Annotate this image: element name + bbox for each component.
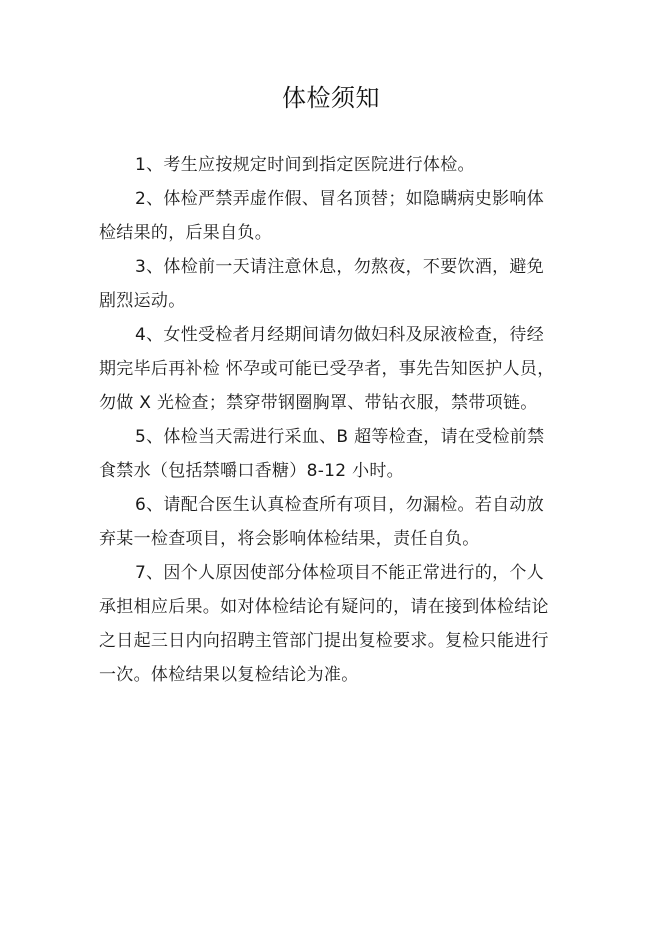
notice-line: 6、请配合医生认真检查所有项目，勿漏检。若自动放 — [99, 488, 569, 522]
notice-item-3: 3、体检前一天请注意休息，勿熬夜，不要饮酒，避免 剧烈运动。 — [99, 250, 569, 318]
notice-line: 3、体检前一天请注意休息，勿熬夜，不要饮酒，避免 — [99, 250, 569, 284]
document-body: 1、考生应按规定时间到指定医院进行体检。 2、体检严禁弄虚作假、冒名顶替；如隐瞒… — [99, 148, 569, 692]
notice-item-4: 4、女性受检者月经期间请勿做妇科及尿液检查，待经 期完毕后再补检 怀孕或可能已受… — [99, 318, 569, 420]
notice-line: 4、女性受检者月经期间请勿做妇科及尿液检查，待经 — [99, 318, 569, 352]
notice-line: 一次。体检结果以复检结论为准。 — [99, 658, 569, 692]
notice-item-2: 2、体检严禁弄虚作假、冒名顶替；如隐瞒病史影响体 检结果的，后果自负。 — [99, 182, 569, 250]
notice-line: 1、考生应按规定时间到指定医院进行体检。 — [99, 148, 569, 182]
document-page: 体检须知 1、考生应按规定时间到指定医院进行体检。 2、体检严禁弄虚作假、冒名顶… — [0, 0, 662, 936]
notice-item-7: 7、因个人原因使部分体检项目不能正常进行的，个人 承担相应后果。如对体检结论有疑… — [99, 556, 569, 692]
notice-line: 勿做 X 光检查；禁穿带钢圈胸罩、带钻衣服，禁带项链。 — [99, 386, 569, 420]
notice-line: 弃某一检查项目，将会影响体检结果，责任自负。 — [99, 522, 569, 556]
document-title: 体检须知 — [0, 80, 662, 116]
notice-line: 检结果的，后果自负。 — [99, 216, 569, 250]
notice-line: 期完毕后再补检 怀孕或可能已受孕者，事先告知医护人员， — [99, 352, 569, 386]
notice-line: 承担相应后果。如对体检结论有疑问的，请在接到体检结论 — [99, 590, 569, 624]
notice-line: 之日起三日内向招聘主管部门提出复检要求。复检只能进行 — [99, 624, 569, 658]
notice-line: 剧烈运动。 — [99, 284, 569, 318]
notice-line: 7、因个人原因使部分体检项目不能正常进行的，个人 — [99, 556, 569, 590]
notice-item-6: 6、请配合医生认真检查所有项目，勿漏检。若自动放 弃某一检查项目，将会影响体检结… — [99, 488, 569, 556]
notice-line: 2、体检严禁弄虚作假、冒名顶替；如隐瞒病史影响体 — [99, 182, 569, 216]
notice-item-5: 5、体检当天需进行采血、B 超等检查，请在受检前禁 食禁水（包括禁嚼口香糖）8-… — [99, 420, 569, 488]
notice-line: 5、体检当天需进行采血、B 超等检查，请在受检前禁 — [99, 420, 569, 454]
notice-item-1: 1、考生应按规定时间到指定医院进行体检。 — [99, 148, 569, 182]
notice-line: 食禁水（包括禁嚼口香糖）8-12 小时。 — [99, 454, 569, 488]
